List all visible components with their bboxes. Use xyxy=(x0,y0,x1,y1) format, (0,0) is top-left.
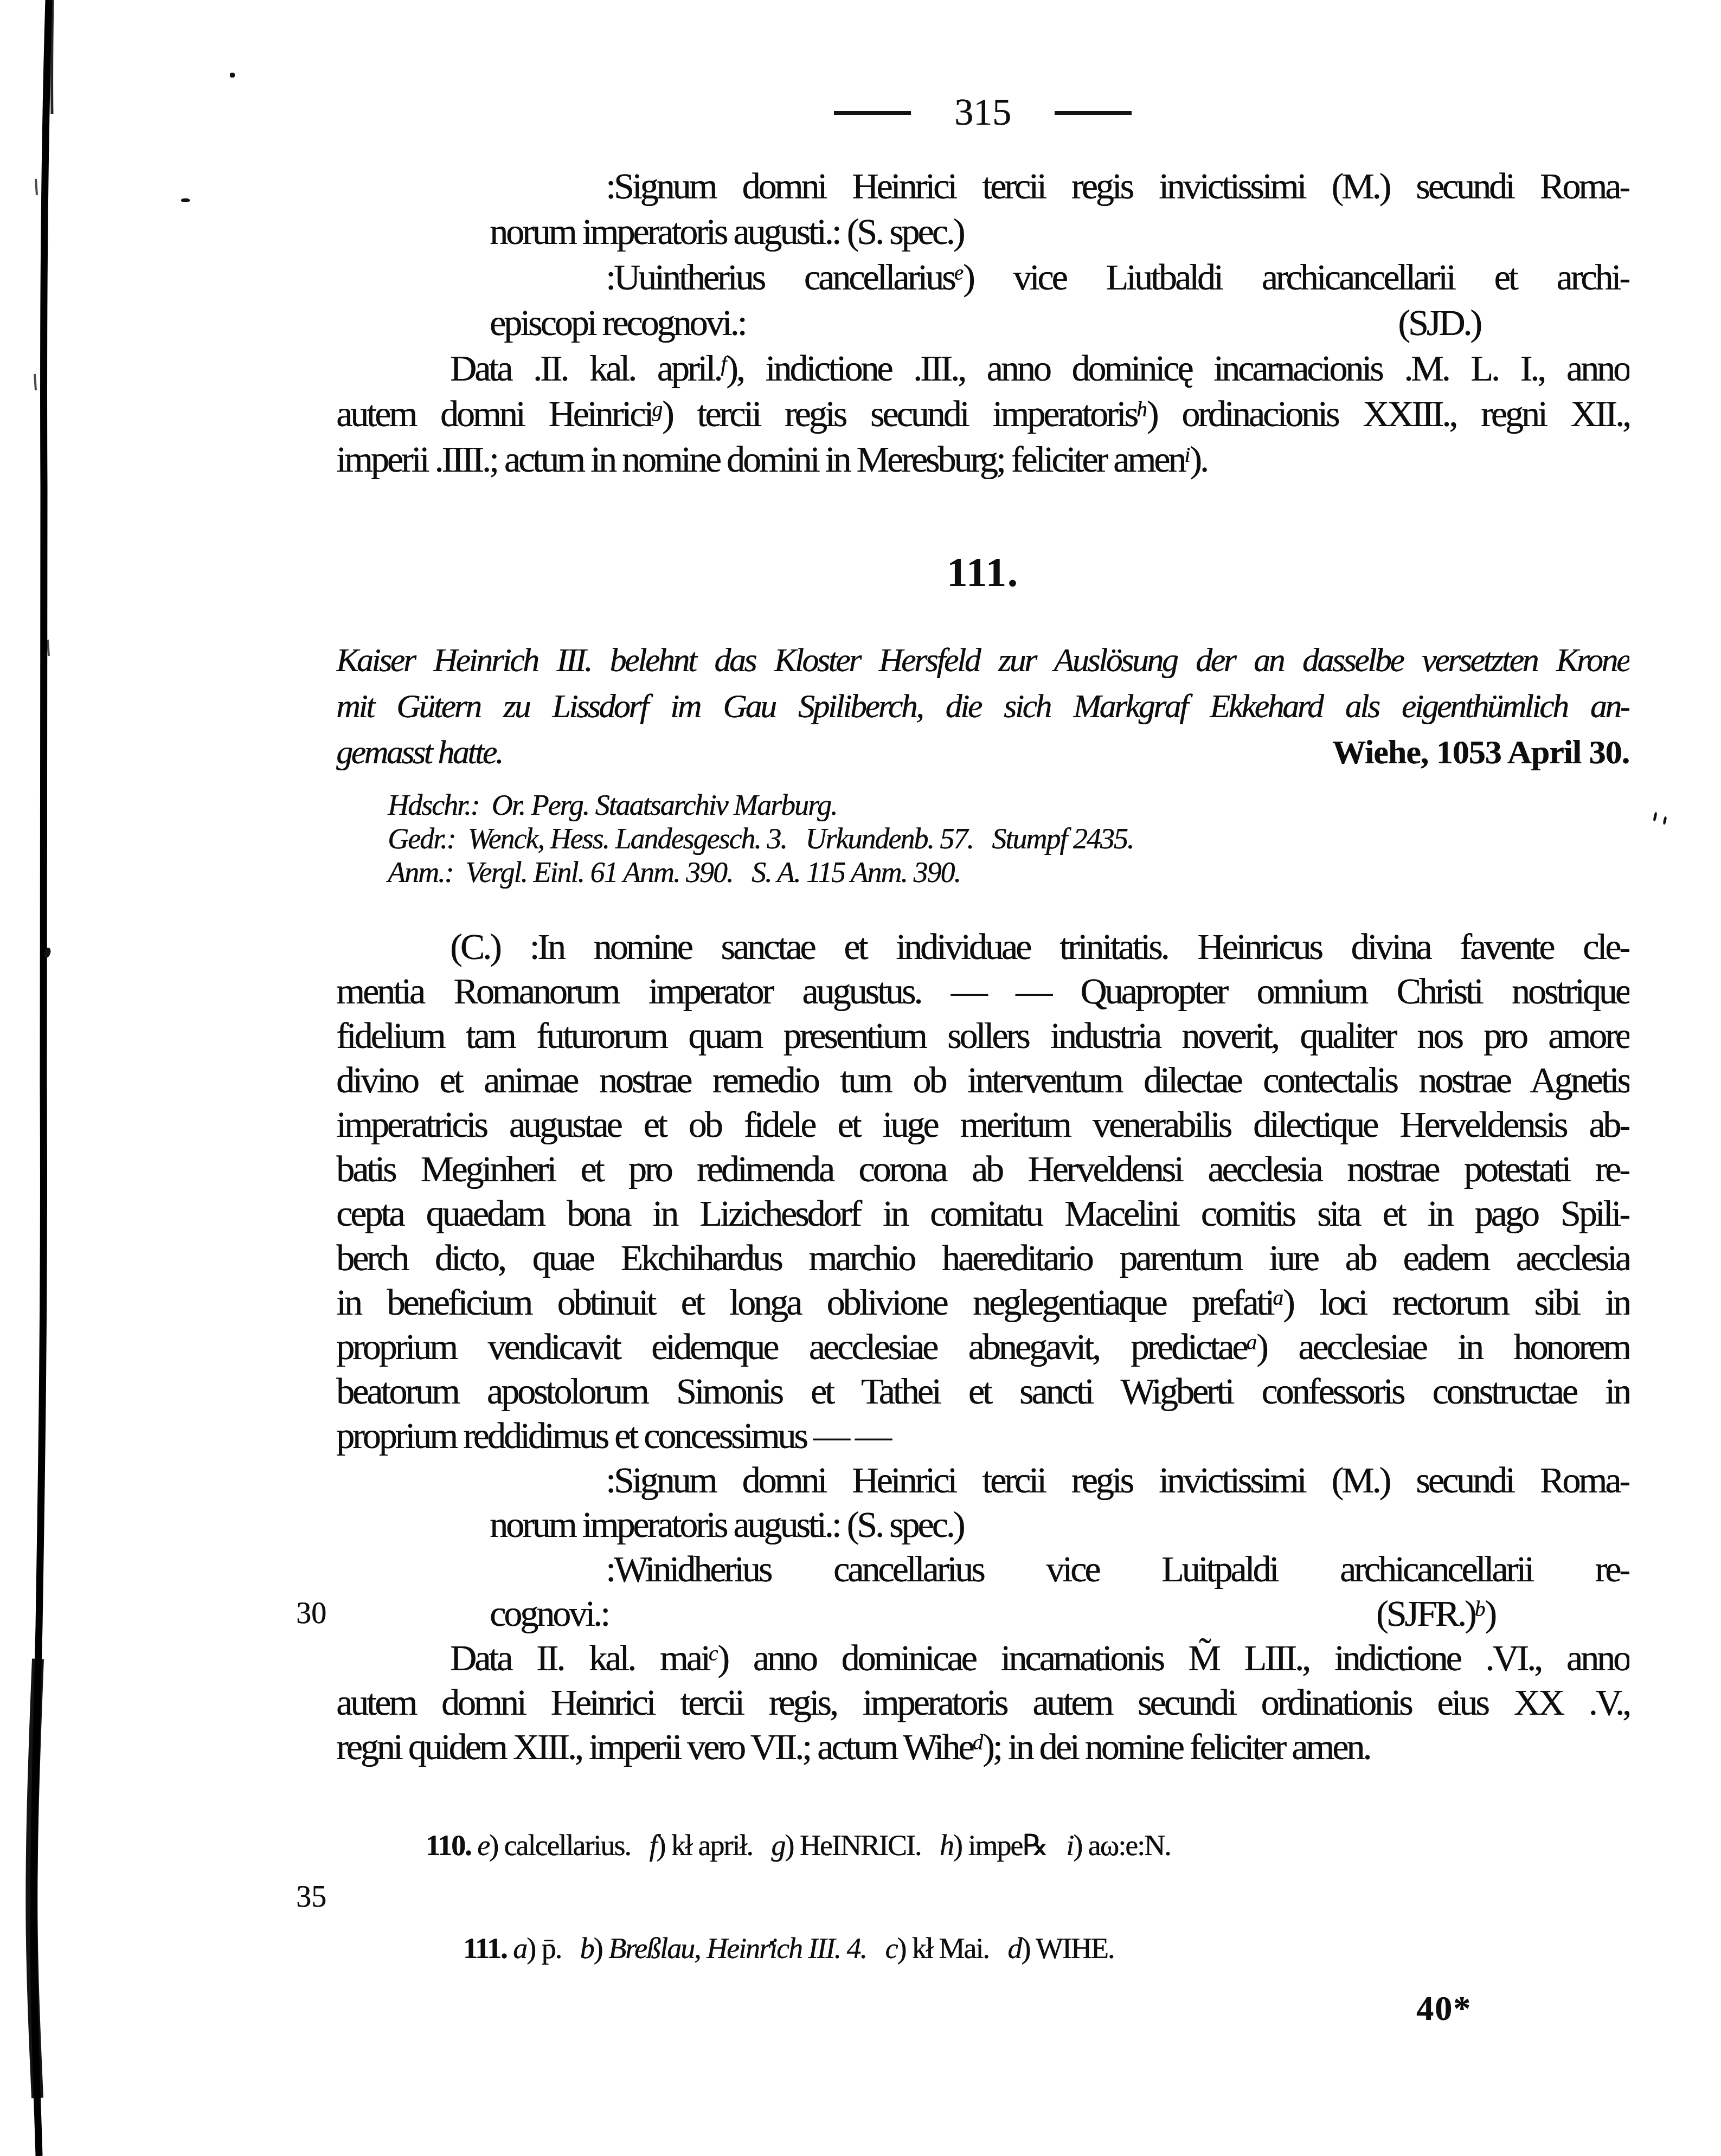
text-line: :Signum domni Heinrici tercii regis invi… xyxy=(336,1458,1629,1502)
summary-line: Wiehe, 1053 April 30. gemasst hatte. xyxy=(336,730,1629,776)
seal-siglum: (SJD.) xyxy=(1398,300,1480,345)
charter-111-summary: Kaiser Heinrich III. belehnt das Kloster… xyxy=(336,638,1629,776)
header-dash-left xyxy=(834,111,911,115)
text-line: 25 beatorum apostolorum Simonis et Tathe… xyxy=(336,1369,1629,1413)
text-line: norum imperatoris augusti.: (S. spec.) xyxy=(336,209,1629,254)
scan-artifact-edge-line xyxy=(0,0,87,2156)
footnote-content: 111. a) p̄. b) Breßlau, Heinrich III. 4.… xyxy=(463,1932,1114,1965)
text-line: regni quidem XIII., imperii vero VII.; a… xyxy=(336,1724,1629,1769)
seal-siglum: (SJFR.)b) xyxy=(1376,1591,1495,1636)
footnote-line: 110. e) calcellarius. f) kł aprił. g) He… xyxy=(336,1820,1629,1871)
margin-line-number: 30 xyxy=(288,1591,326,1636)
charter-111-body: 15 (C.) :In nomine sanctae et individuae… xyxy=(336,924,1629,1769)
header-dash-right xyxy=(1055,111,1132,115)
text-line: fidelium tam futurorum quam presentium s… xyxy=(336,1013,1629,1058)
text-run: gemasst hatte. xyxy=(336,734,502,771)
text-run: cognovi.: xyxy=(490,1593,608,1634)
text-line: berch dicto, quae Ekchihardus marchio ha… xyxy=(336,1235,1629,1280)
text-line: in beneficium obtinuit et longa oblivion… xyxy=(336,1280,1629,1324)
reference-line: Hdschr.: Or. Perg. Staatsarchiv Marburg. xyxy=(388,788,1681,822)
reference-line: Gedr.: Wenck, Hess. Landesgesch. 3. Urku… xyxy=(388,822,1681,855)
scan-artifact-speck xyxy=(181,198,190,202)
page-header: 315 xyxy=(336,91,1629,134)
text-line: imperii .IIII.; actum in nomine domini i… xyxy=(336,436,1629,482)
text-line: :Signum domni Heinrici tercii regis invi… xyxy=(336,163,1629,209)
text-line: 15 (C.) :In nomine sanctae et individuae… xyxy=(336,924,1629,969)
text-line: 30 (SJFR.)b) cognovi.: xyxy=(336,1591,1629,1636)
text-run: Data .II. kal. april.f), indictione .III… xyxy=(450,347,1629,389)
charter-number-heading: 111. xyxy=(336,549,1629,596)
text-line: cepta quaedam bona in Lizichesdorf in co… xyxy=(336,1191,1629,1235)
scan-artifact-speck xyxy=(230,73,235,78)
text-line: norum imperatoris augusti.: (S. spec.) xyxy=(336,1502,1629,1547)
text-run: batis Meginheri et pro redimenda corona … xyxy=(336,1148,1629,1189)
text-line: autem domni Heinrici tercii regis, imper… xyxy=(336,1680,1629,1724)
text-line: (SJD.) episcopi recognovi.: xyxy=(336,300,1629,345)
page-number: 315 xyxy=(954,91,1011,134)
footnote-line: 35111. a) p̄. b) Breßlau, Heinrich III. … xyxy=(336,1871,1629,1923)
text-line: Data II. kal. maic) anno dominicae incar… xyxy=(336,1636,1629,1680)
text-line: proprium vendicavit eidemque aecclesiae … xyxy=(336,1324,1629,1369)
summary-line: Kaiser Heinrich III. belehnt das Kloster… xyxy=(336,638,1629,684)
margin-line-number: 35 xyxy=(288,1871,326,1923)
text-line: 5 Data .II. kal. april.f), indictione .I… xyxy=(336,345,1629,391)
text-line: proprium reddidimus et concessimus — — xyxy=(336,1413,1629,1458)
charter-110-eschatocol: :Signum domni Heinrici tercii regis invi… xyxy=(336,163,1629,482)
scanned-document-page: 315 :Signum domni Heinrici tercii regis … xyxy=(0,0,1721,2156)
footnotes-section: 110. e) calcellarius. f) kł aprił. g) He… xyxy=(336,1820,1629,1923)
text-line: 20 batis Meginheri et pro redimenda coro… xyxy=(336,1147,1629,1191)
text-line: divino et animae nostrae remedio tum ob … xyxy=(336,1058,1629,1102)
printer-signature-mark: 40* xyxy=(1416,1988,1472,2029)
text-run: episcopi recognovi.: xyxy=(490,302,745,343)
text-line: autem domni Heinricig) tercii regis secu… xyxy=(336,391,1629,436)
text-line: :Uuintherius cancellariuse) vice Liutbal… xyxy=(336,254,1629,300)
text-line: mentia Romanorum imperator augustus. — —… xyxy=(336,969,1629,1013)
text-line: imperatricis augustae et ob fidele et iu… xyxy=(336,1102,1629,1147)
text-line: :Winidherius cancellarius vice Luitpaldi… xyxy=(336,1547,1629,1591)
text-run: beatorum apostolorum Simonis et Tathei e… xyxy=(336,1370,1629,1412)
date-place-label: Wiehe, 1053 April 30. xyxy=(1332,730,1629,776)
text-run: mit Gütern zu Lissdorf im Gau Spiliberch… xyxy=(336,688,1629,725)
summary-line: 10 mit Gütern zu Lissdorf im Gau Spilibe… xyxy=(336,684,1629,730)
text-run: (C.) :In nomine sanctae et individuae tr… xyxy=(450,926,1629,967)
references-section: Hdschr.: Or. Perg. Staatsarchiv Marburg.… xyxy=(336,788,1681,889)
reference-line: Anm.: Vergl. Einl. 61 Anm. 390. S. A. 11… xyxy=(388,855,1681,889)
